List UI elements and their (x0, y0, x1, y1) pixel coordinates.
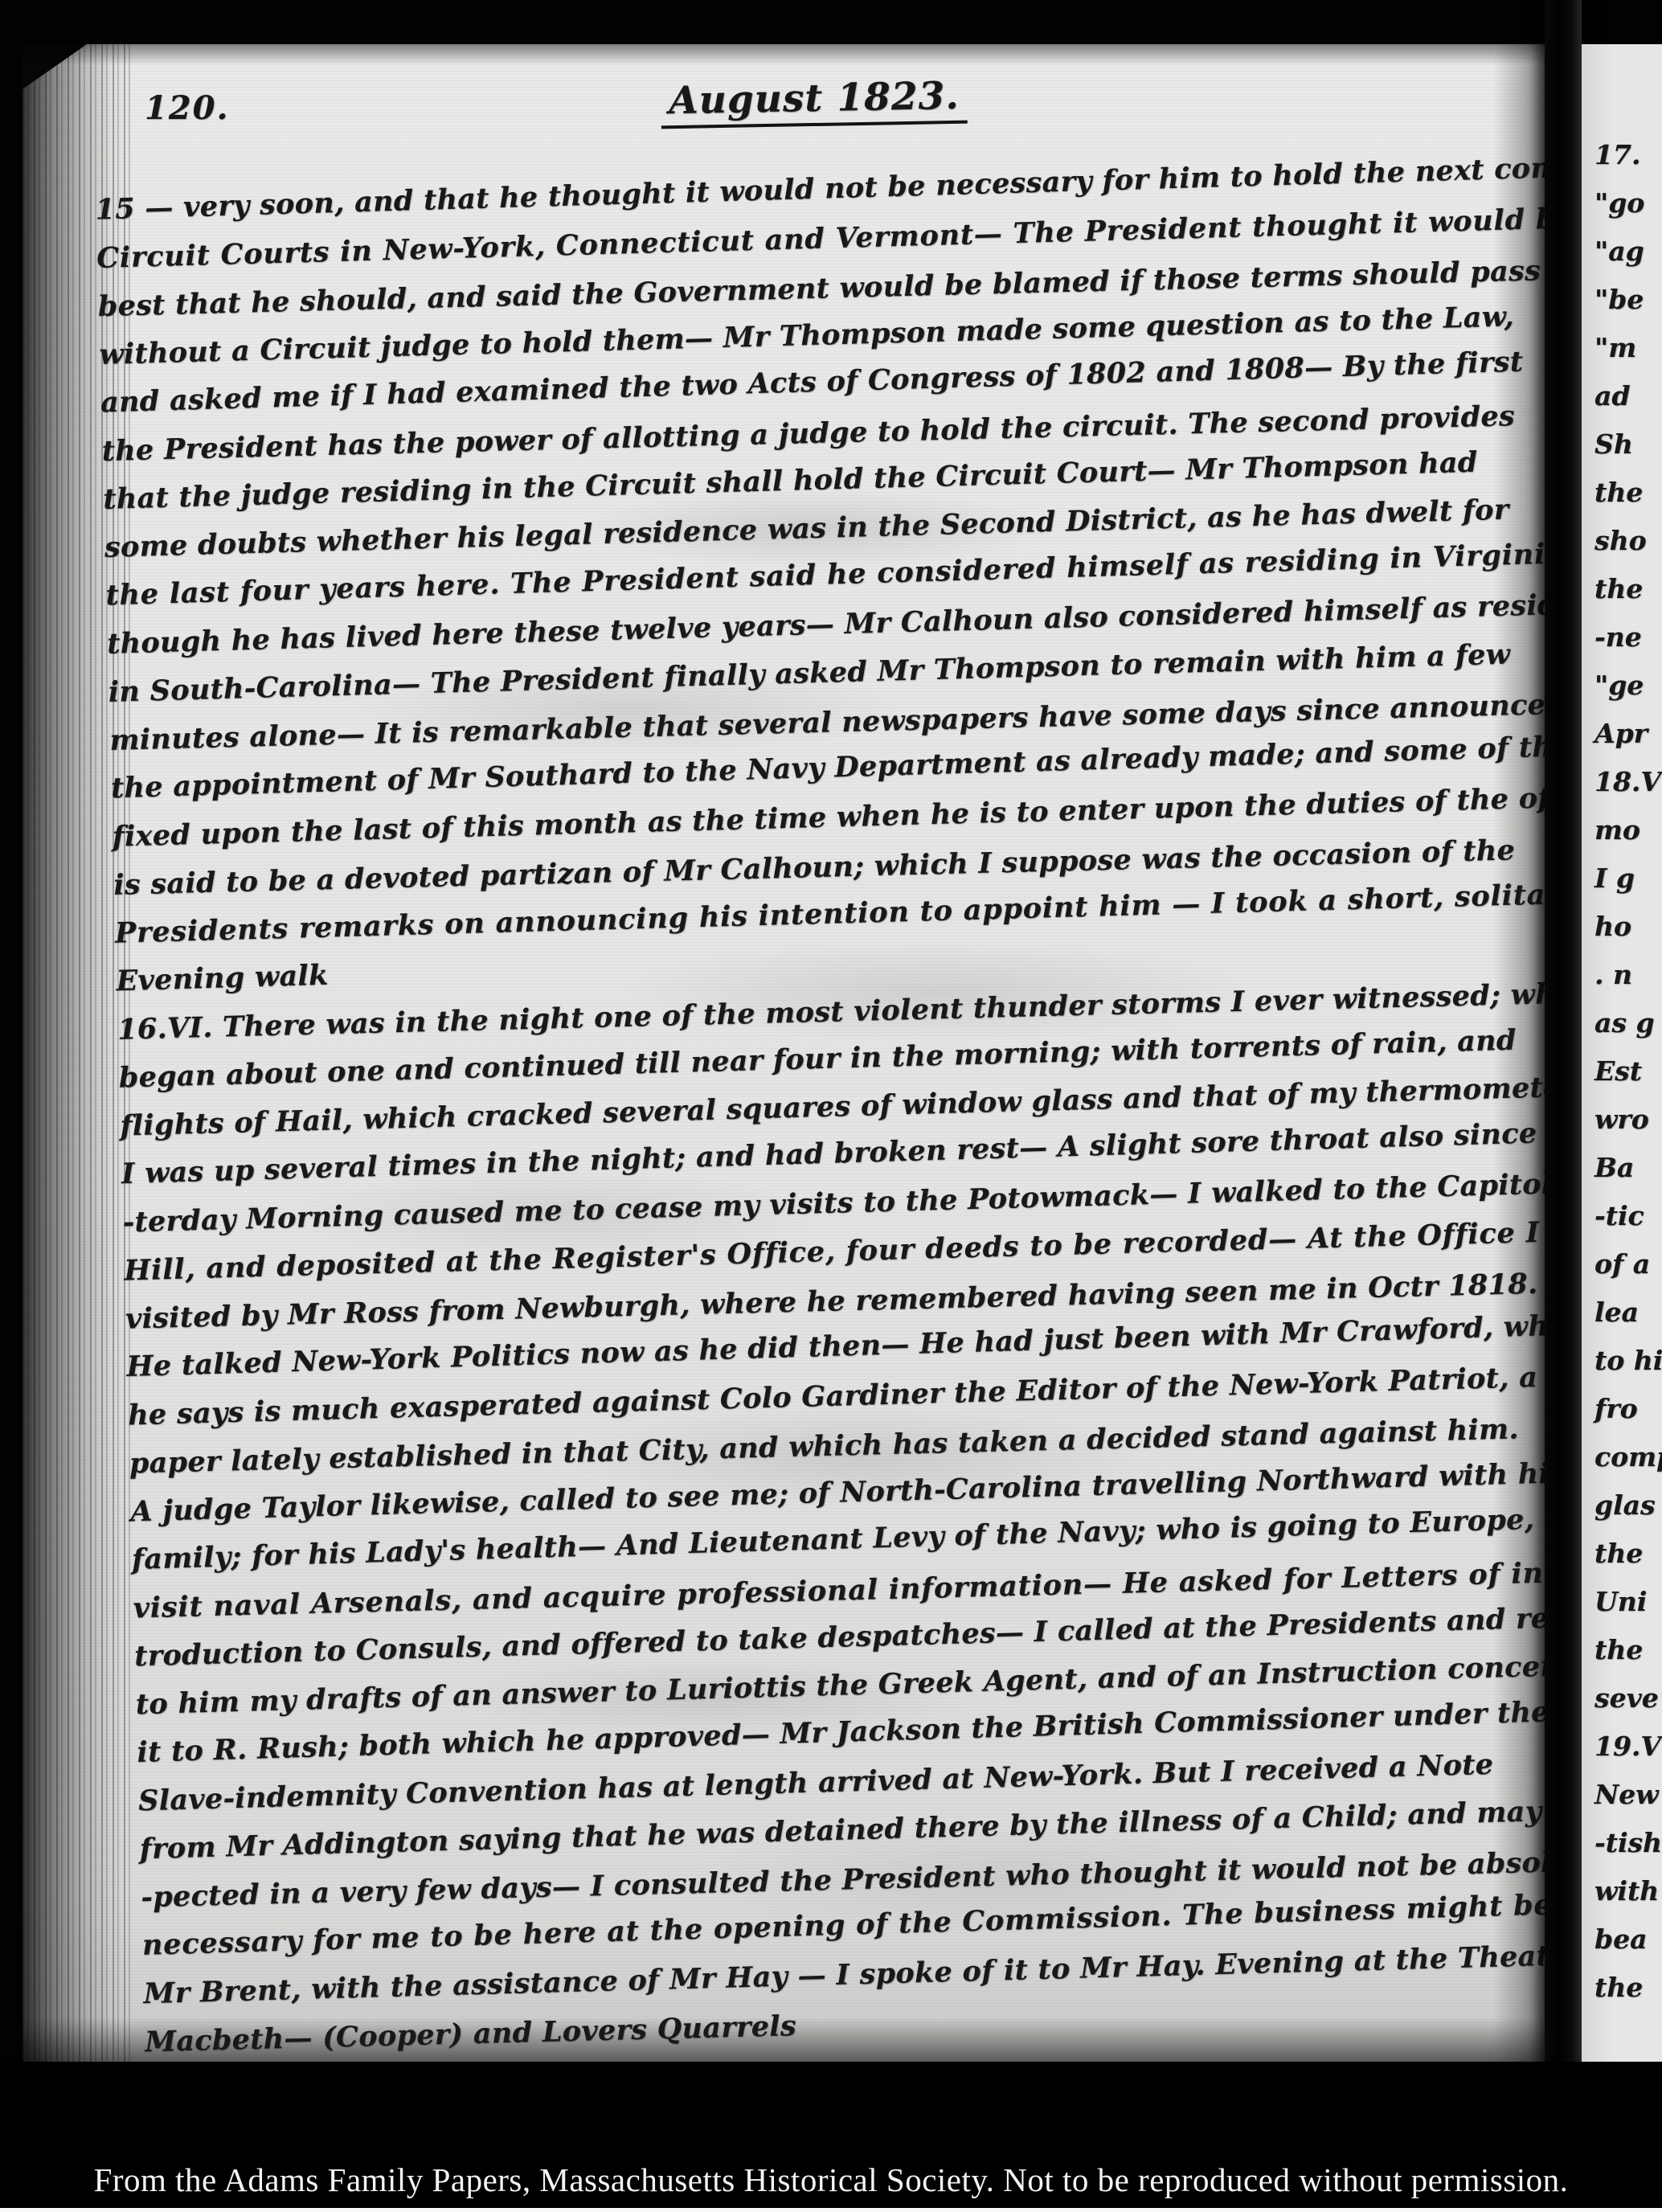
next-page-fragment: -ne (1594, 621, 1662, 670)
next-page-fragment: New (1594, 1779, 1662, 1827)
next-page-line-fragments: 17."go"ag"be"madShtheshothe-ne"geApr18.V… (1582, 44, 1662, 2020)
page-number: 120. (145, 89, 229, 127)
next-page-fragment: glas (1594, 1489, 1662, 1538)
next-page-fragment: wro (1594, 1104, 1662, 1152)
next-page-fragment: 17. (1594, 139, 1662, 187)
next-page-fragment: the (1594, 1972, 1662, 2020)
next-page-fragment: to hi (1594, 1345, 1662, 1393)
next-page-fragment: seve (1594, 1682, 1662, 1731)
next-page-fragment: I g (1594, 862, 1662, 911)
next-page-fragment: 18.V (1594, 766, 1662, 814)
next-page-fragment: "ge (1594, 670, 1662, 718)
next-page-sliver: 17."go"ag"be"madShtheshothe-ne"geApr18.V… (1582, 44, 1662, 2062)
next-page-fragment: . n (1594, 959, 1662, 1007)
next-page-fragment: -tic (1594, 1200, 1662, 1248)
month-year-heading: August 1823. (661, 74, 968, 129)
next-page-fragment: Est (1594, 1055, 1662, 1104)
next-page-fragment: ad (1594, 380, 1662, 428)
page-gutter-divider (1545, 0, 1582, 2062)
next-page-fragment: with (1594, 1875, 1662, 1923)
next-page-fragment: of a (1594, 1248, 1662, 1296)
next-page-fragment: fro (1594, 1393, 1662, 1441)
diary-entry-lines: 15 — very soon, and that he thought it w… (95, 154, 1545, 2062)
next-page-fragment: Sh (1594, 428, 1662, 477)
next-page-fragment: the (1594, 477, 1662, 525)
caption-bar: From the Adams Family Papers, Massachuse… (0, 2062, 1662, 2212)
page-corner-shadow (23, 44, 87, 89)
next-page-fragment: Uni (1594, 1586, 1662, 1634)
archive-caption: From the Adams Family Papers, Massachuse… (94, 2161, 1569, 2199)
next-page-fragment: sho (1594, 525, 1662, 573)
next-page-fragment: "be (1594, 284, 1662, 332)
diary-page: 120. August 1823. 15 — very soon, and th… (23, 44, 1545, 2062)
next-page-fragment: mo (1594, 814, 1662, 862)
page-top-shadow (23, 44, 1545, 65)
next-page-fragment: "m (1594, 332, 1662, 380)
next-page-fragment: ho (1594, 911, 1662, 959)
next-page-fragment: lea (1594, 1296, 1662, 1345)
next-page-fragment: Apr (1594, 718, 1662, 766)
next-page-fragment: the (1594, 1538, 1662, 1586)
manuscript-scan: 120. August 1823. 15 — very soon, and th… (0, 0, 1662, 2212)
next-page-fragment: as g (1594, 1007, 1662, 1055)
next-page-fragment: "go (1594, 187, 1662, 236)
next-page-fragment: the (1594, 573, 1662, 621)
next-page-fragment: -tish (1594, 1827, 1662, 1875)
next-page-fragment: bea (1594, 1923, 1662, 1972)
next-page-fragment: Ba (1594, 1152, 1662, 1200)
next-page-fragment: comp (1594, 1441, 1662, 1489)
next-page-fragment: 19.V (1594, 1731, 1662, 1779)
scan-bottom-edge (0, 2208, 1662, 2212)
next-page-fragment: the (1594, 1634, 1662, 1682)
next-page-fragment: "ag (1594, 236, 1662, 284)
